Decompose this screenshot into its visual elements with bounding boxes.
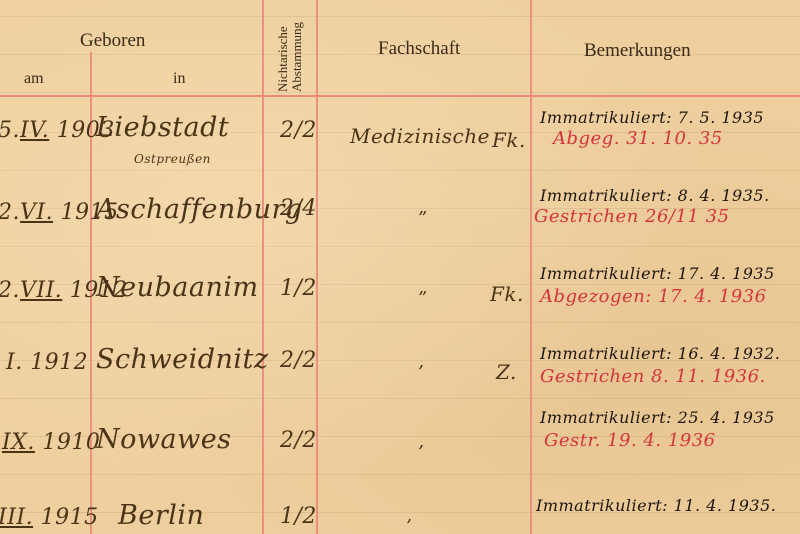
- remark-red-note: Gestr. 19. 4. 1936: [544, 430, 716, 451]
- register-page: Geboren am in Nichtarische Abstammung Fa…: [0, 0, 800, 534]
- birth-day: 2.: [0, 278, 20, 303]
- fachschaft-ditto: ”: [418, 208, 428, 229]
- remark-immatriculation: Immatrikuliert: 25. 4. 1935: [540, 408, 775, 427]
- fachschaft-ditto: ’: [406, 516, 412, 534]
- header-abstammung-line2: Abstammung: [290, 22, 304, 92]
- remark-immatriculation: Immatrikuliert: 8. 4. 1935.: [540, 186, 770, 205]
- header-divider: [0, 95, 800, 97]
- birth-place: Berlin: [118, 500, 204, 531]
- fachschaft-ditto: ’: [418, 362, 424, 383]
- abstammung-value: 2/4: [280, 196, 317, 221]
- remark-red-note: Abgezogen: 17. 4. 1936: [540, 286, 767, 307]
- fachschaft-mark: Fk.: [490, 282, 524, 306]
- header-geboren: Geboren: [80, 30, 145, 52]
- birth-place-region: Ostpreußen: [134, 152, 211, 166]
- abstammung-value: 2/2: [280, 118, 317, 143]
- birth-month: IV.: [20, 118, 49, 143]
- birth-day: 5.: [0, 118, 20, 143]
- birth-place: Liebstadt: [96, 112, 229, 143]
- birth-place: Nowawes: [96, 424, 232, 455]
- remark-red-note: Abgeg. 31. 10. 35: [553, 128, 723, 149]
- fachschaft-mark: Z.: [496, 360, 517, 384]
- abstammung-value: 1/2: [280, 504, 317, 529]
- birth-year: 1910: [42, 430, 100, 455]
- abstammung-value: 2/2: [280, 348, 317, 373]
- abstammung-value: 2/2: [280, 428, 317, 453]
- birth-month: VI.: [20, 200, 53, 225]
- column-divider-fachschaft-bemerkungen: [530, 0, 532, 534]
- remark-red-note: Gestrichen 8. 11. 1936.: [540, 366, 766, 387]
- header-am: am: [24, 70, 44, 88]
- header-abstammung-line1: Nichtarische: [276, 22, 290, 92]
- birth-year: 1915: [41, 505, 99, 530]
- header-fachschaft: Fachschaft: [378, 38, 460, 60]
- birth-month: I.: [6, 350, 23, 375]
- birth-date: I. 1912: [6, 350, 88, 375]
- fachschaft-mark: Fk.: [492, 128, 526, 152]
- remark-immatriculation: Immatrikuliert: 11. 4. 1935.: [536, 496, 776, 515]
- birth-place: Schweidnitz: [96, 344, 269, 375]
- header-bemerkungen: Bemerkungen: [584, 40, 691, 62]
- birth-year: 1912: [30, 350, 88, 375]
- remark-immatriculation: Immatrikuliert: 17. 4. 1935: [540, 264, 775, 283]
- header-abstammung: Nichtarische Abstammung: [276, 22, 304, 92]
- birth-month: IX.: [2, 430, 35, 455]
- header-in: in: [173, 70, 185, 88]
- abstammung-value: 1/2: [280, 276, 317, 301]
- birth-date: IX. 1910: [2, 430, 100, 455]
- fachschaft-ditto: ”: [418, 288, 428, 309]
- birth-place: Aschaffenburg: [96, 194, 303, 225]
- birth-month: VII.: [20, 278, 62, 303]
- birth-date: III. 1915: [0, 505, 99, 530]
- remark-immatriculation: Immatrikuliert: 7. 5. 1935: [540, 108, 764, 127]
- birth-month: III.: [0, 505, 33, 530]
- remark-immatriculation: Immatrikuliert: 16. 4. 1932.: [540, 344, 780, 363]
- column-divider-abstammung-fachschaft: [316, 0, 318, 534]
- remark-red-note: Gestrichen 26/11 35: [534, 206, 730, 227]
- fachschaft-value: Medizinische: [350, 124, 490, 148]
- birth-day: 2.: [0, 200, 20, 225]
- column-divider-in-abstammung: [262, 0, 264, 534]
- birth-place: Neubaanim: [96, 272, 259, 303]
- fachschaft-ditto: ’: [418, 442, 424, 463]
